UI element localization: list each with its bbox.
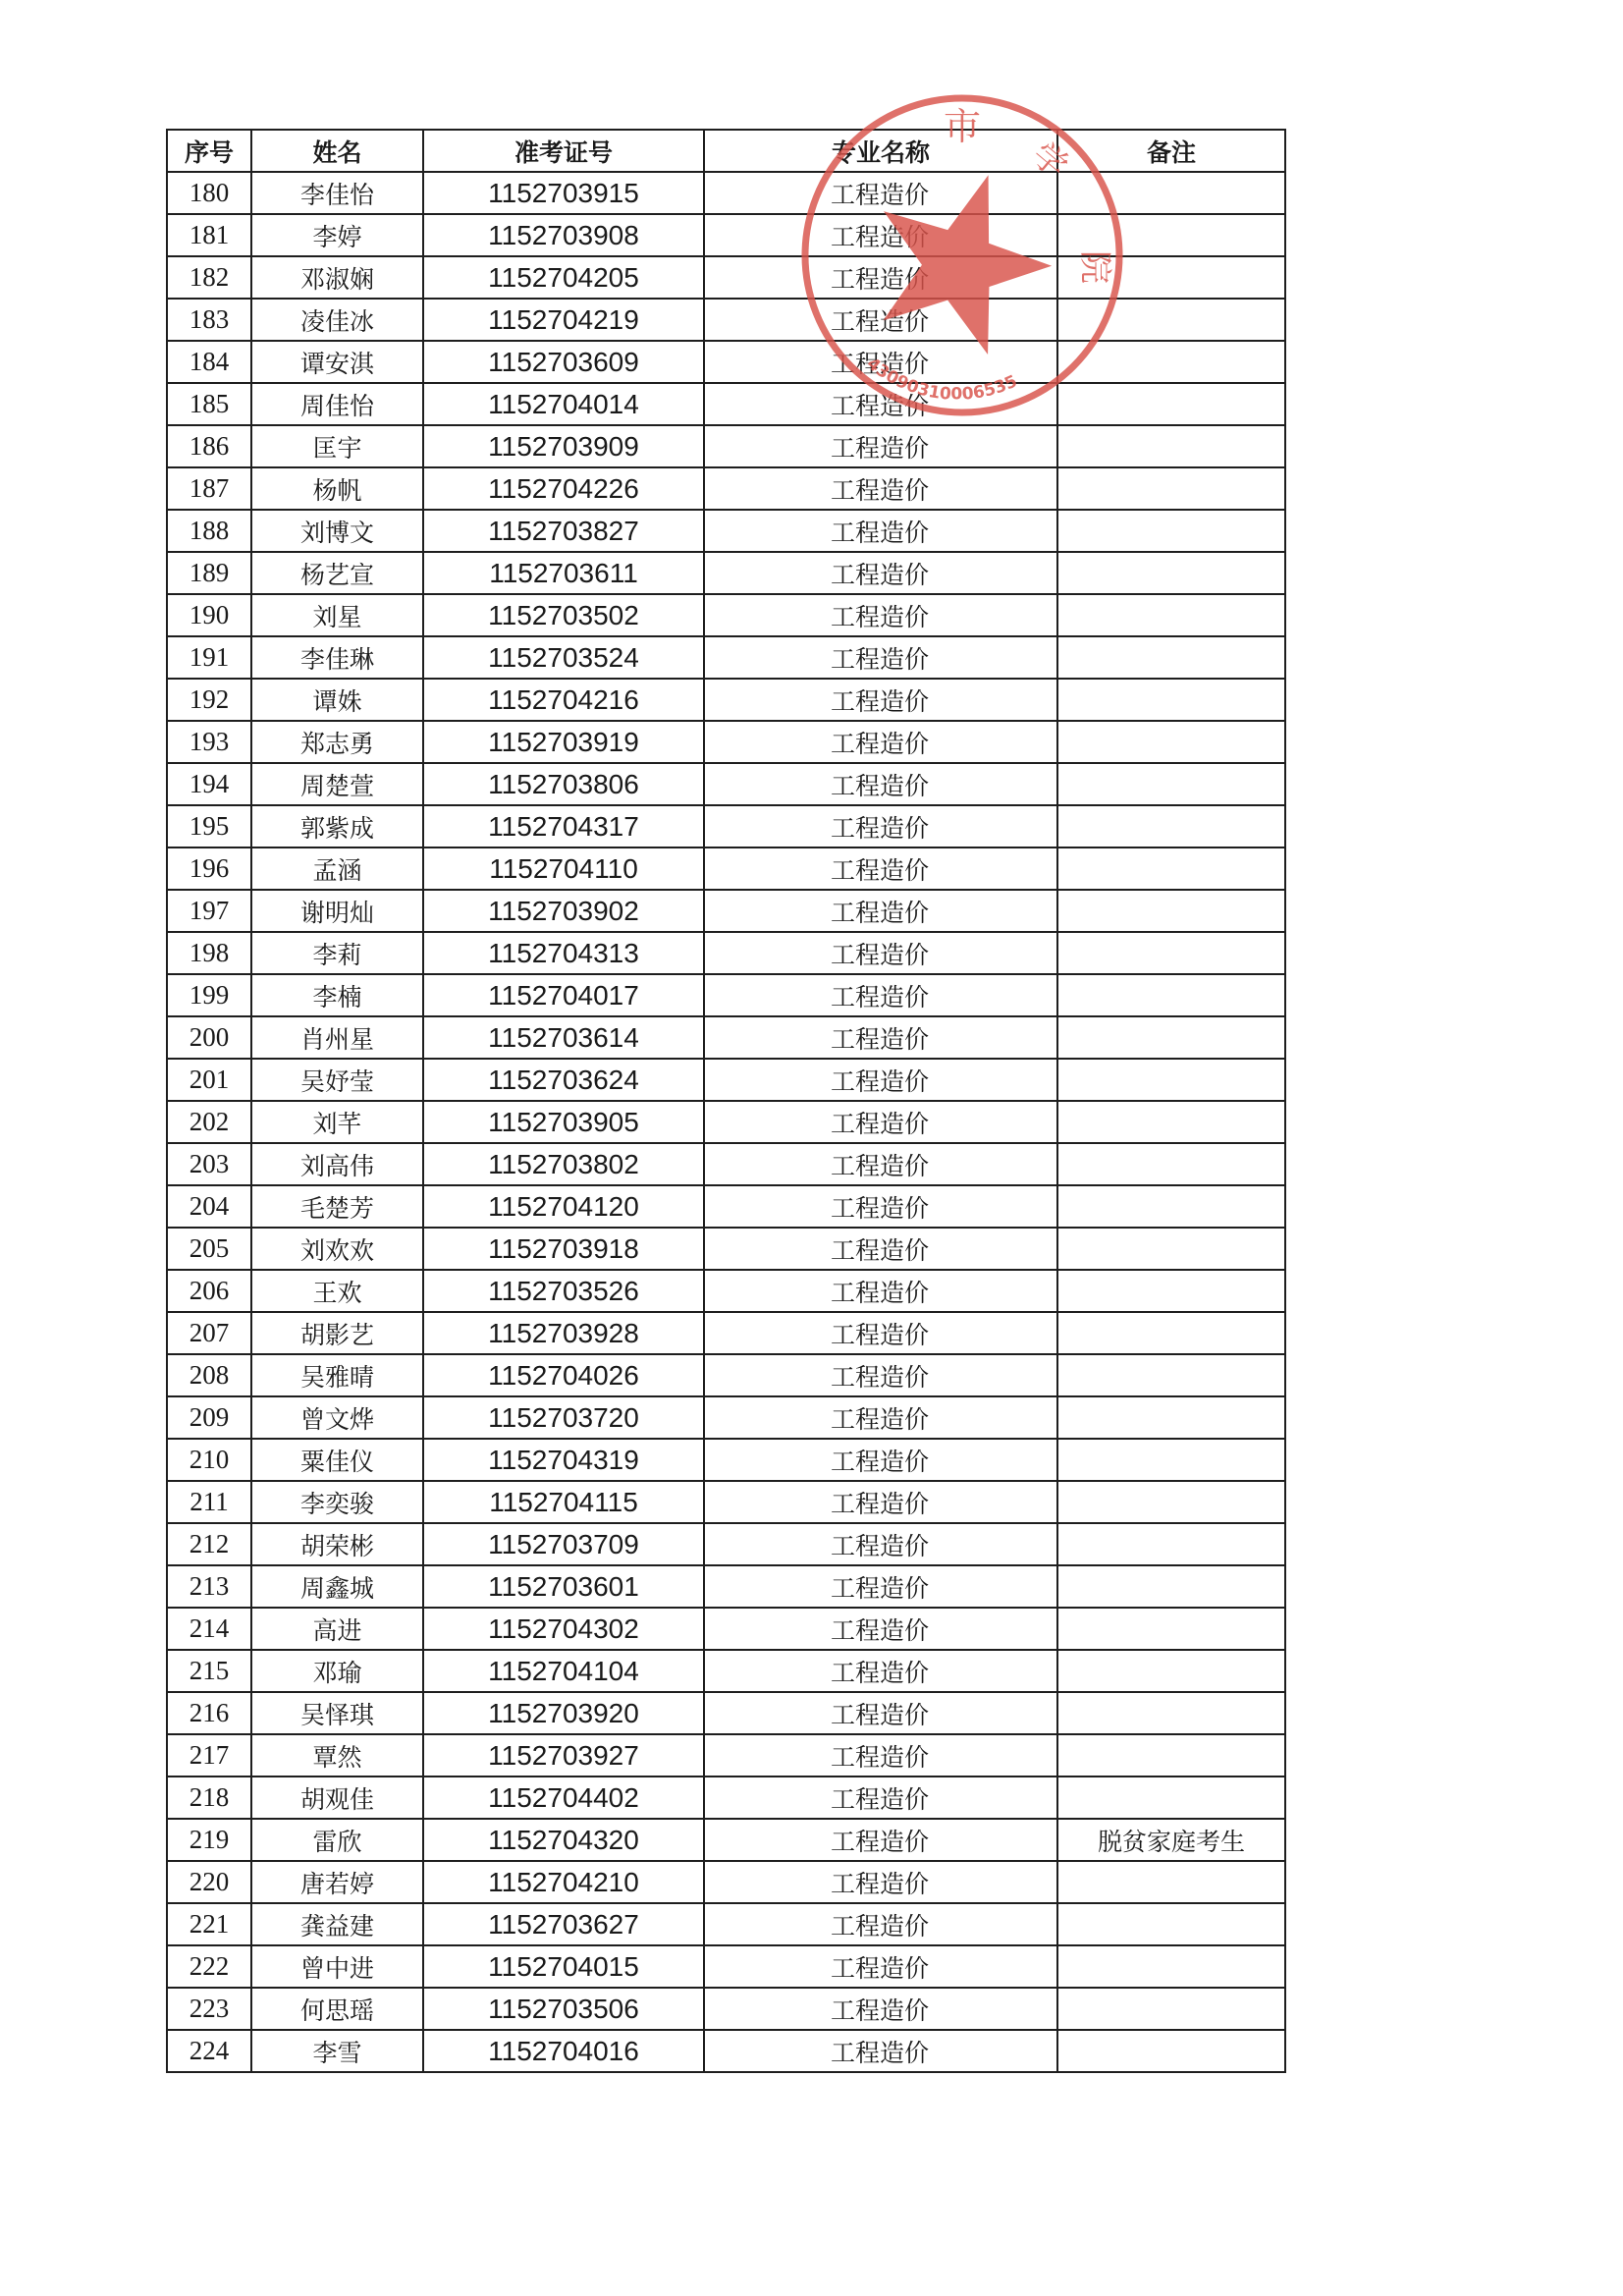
table-row: 181李婷1152703908工程造价 — [167, 214, 1285, 256]
serial-number-cell: 182 — [167, 256, 251, 299]
major-cell: 工程造价 — [704, 1228, 1057, 1270]
table-row: 207胡影艺1152703928工程造价 — [167, 1312, 1285, 1354]
exam-id-cell: 1152703909 — [423, 425, 704, 467]
serial-number-cell: 219 — [167, 1819, 251, 1861]
major-cell: 工程造价 — [704, 1059, 1057, 1101]
remarks-cell — [1057, 679, 1285, 721]
name-cell: 邓瑜 — [251, 1650, 423, 1692]
serial-number-cell: 197 — [167, 890, 251, 932]
header-name: 姓名 — [251, 130, 423, 172]
major-cell: 工程造价 — [704, 636, 1057, 679]
remarks-cell — [1057, 1059, 1285, 1101]
exam-id-cell: 1152703918 — [423, 1228, 704, 1270]
exam-id-cell: 1152704219 — [423, 299, 704, 341]
major-cell: 工程造价 — [704, 679, 1057, 721]
serial-number-cell: 187 — [167, 467, 251, 510]
remarks-cell — [1057, 425, 1285, 467]
remarks-cell — [1057, 299, 1285, 341]
serial-number-cell: 200 — [167, 1016, 251, 1059]
exam-id-cell: 1152703927 — [423, 1734, 704, 1777]
major-cell: 工程造价 — [704, 1903, 1057, 1945]
name-cell: 李奕骏 — [251, 1481, 423, 1523]
serial-number-cell: 213 — [167, 1565, 251, 1608]
remarks-cell — [1057, 847, 1285, 890]
table-row: 187杨帆1152704226工程造价 — [167, 467, 1285, 510]
major-cell: 工程造价 — [704, 847, 1057, 890]
major-cell: 工程造价 — [704, 1692, 1057, 1734]
serial-number-cell: 224 — [167, 2030, 251, 2072]
remarks-cell — [1057, 1692, 1285, 1734]
name-cell: 谢明灿 — [251, 890, 423, 932]
exam-id-cell: 1152704313 — [423, 932, 704, 974]
major-cell: 工程造价 — [704, 763, 1057, 805]
major-cell: 工程造价 — [704, 1016, 1057, 1059]
major-cell: 工程造价 — [704, 1988, 1057, 2030]
major-cell: 工程造价 — [704, 510, 1057, 552]
remarks-cell — [1057, 214, 1285, 256]
table-row: 183凌佳冰1152704219工程造价 — [167, 299, 1285, 341]
remarks-cell — [1057, 1945, 1285, 1988]
remarks-cell — [1057, 1650, 1285, 1692]
name-cell: 周楚萱 — [251, 763, 423, 805]
exam-id-cell: 1152704216 — [423, 679, 704, 721]
remarks-cell — [1057, 1565, 1285, 1608]
exam-id-cell: 1152703502 — [423, 594, 704, 636]
major-cell: 工程造价 — [704, 1734, 1057, 1777]
exam-id-cell: 1152704210 — [423, 1861, 704, 1903]
table-row: 204毛楚芳1152704120工程造价 — [167, 1185, 1285, 1228]
table-row: 197谢明灿1152703902工程造价 — [167, 890, 1285, 932]
remarks-cell — [1057, 1903, 1285, 1945]
serial-number-cell: 198 — [167, 932, 251, 974]
serial-number-cell: 215 — [167, 1650, 251, 1692]
remarks-cell — [1057, 1143, 1285, 1185]
exam-id-cell: 1152704015 — [423, 1945, 704, 1988]
major-cell: 工程造价 — [704, 256, 1057, 299]
major-cell: 工程造价 — [704, 890, 1057, 932]
exam-id-cell: 1152703601 — [423, 1565, 704, 1608]
major-cell: 工程造价 — [704, 1650, 1057, 1692]
exam-id-cell: 1152703627 — [423, 1903, 704, 1945]
table-header-row: 序号 姓名 准考证号 专业名称 备注 — [167, 130, 1285, 172]
name-cell: 肖州星 — [251, 1016, 423, 1059]
remarks-cell — [1057, 1101, 1285, 1143]
serial-number-cell: 210 — [167, 1439, 251, 1481]
name-cell: 何思瑶 — [251, 1988, 423, 2030]
major-cell: 工程造价 — [704, 1608, 1057, 1650]
name-cell: 李佳琳 — [251, 636, 423, 679]
serial-number-cell: 218 — [167, 1777, 251, 1819]
table-row: 210粟佳仪1152704319工程造价 — [167, 1439, 1285, 1481]
remarks-cell — [1057, 1270, 1285, 1312]
table-row: 198李莉1152704313工程造价 — [167, 932, 1285, 974]
name-cell: 谭姝 — [251, 679, 423, 721]
serial-number-cell: 208 — [167, 1354, 251, 1396]
remarks-cell — [1057, 510, 1285, 552]
major-cell: 工程造价 — [704, 721, 1057, 763]
exam-id-cell: 1152704104 — [423, 1650, 704, 1692]
name-cell: 李佳怡 — [251, 172, 423, 214]
table-row: 223何思瑶1152703506工程造价 — [167, 1988, 1285, 2030]
table-body: 180李佳怡1152703915工程造价181李婷1152703908工程造价1… — [167, 172, 1285, 2072]
exam-id-cell: 1152703611 — [423, 552, 704, 594]
name-cell: 李雪 — [251, 2030, 423, 2072]
remarks-cell — [1057, 721, 1285, 763]
serial-number-cell: 193 — [167, 721, 251, 763]
exam-id-cell: 1152703526 — [423, 1270, 704, 1312]
table-row: 211李奕骏1152704115工程造价 — [167, 1481, 1285, 1523]
name-cell: 杨艺宣 — [251, 552, 423, 594]
exam-id-cell: 1152704017 — [423, 974, 704, 1016]
serial-number-cell: 190 — [167, 594, 251, 636]
remarks-cell — [1057, 467, 1285, 510]
serial-number-cell: 207 — [167, 1312, 251, 1354]
remarks-cell — [1057, 383, 1285, 425]
name-cell: 李婷 — [251, 214, 423, 256]
exam-id-cell: 1152703827 — [423, 510, 704, 552]
table-row: 213周鑫城1152703601工程造价 — [167, 1565, 1285, 1608]
name-cell: 刘芊 — [251, 1101, 423, 1143]
serial-number-cell: 217 — [167, 1734, 251, 1777]
name-cell: 刘星 — [251, 594, 423, 636]
serial-number-cell: 202 — [167, 1101, 251, 1143]
major-cell: 工程造价 — [704, 1777, 1057, 1819]
remarks-cell — [1057, 2030, 1285, 2072]
serial-number-cell: 181 — [167, 214, 251, 256]
name-cell: 唐若婷 — [251, 1861, 423, 1903]
major-cell: 工程造价 — [704, 1819, 1057, 1861]
serial-number-cell: 220 — [167, 1861, 251, 1903]
major-cell: 工程造价 — [704, 1439, 1057, 1481]
table-row: 221龚益建1152703627工程造价 — [167, 1903, 1285, 1945]
exam-id-cell: 1152704226 — [423, 467, 704, 510]
table-row: 209曾文烨1152703720工程造价 — [167, 1396, 1285, 1439]
exam-id-cell: 1152703915 — [423, 172, 704, 214]
serial-number-cell: 185 — [167, 383, 251, 425]
exam-id-cell: 1152704402 — [423, 1777, 704, 1819]
exam-id-cell: 1152703919 — [423, 721, 704, 763]
table-row: 189杨艺宣1152703611工程造价 — [167, 552, 1285, 594]
remarks-cell — [1057, 1523, 1285, 1565]
table-row: 216吴怿琪1152703920工程造价 — [167, 1692, 1285, 1734]
name-cell: 周佳怡 — [251, 383, 423, 425]
exam-id-cell: 1152704319 — [423, 1439, 704, 1481]
table-row: 206王欢1152703526工程造价 — [167, 1270, 1285, 1312]
table-row: 192谭姝1152704216工程造价 — [167, 679, 1285, 721]
remarks-cell — [1057, 1861, 1285, 1903]
exam-id-cell: 1152704110 — [423, 847, 704, 890]
name-cell: 雷欣 — [251, 1819, 423, 1861]
remarks-cell — [1057, 552, 1285, 594]
major-cell: 工程造价 — [704, 172, 1057, 214]
remarks-cell — [1057, 256, 1285, 299]
exam-id-cell: 1152703902 — [423, 890, 704, 932]
remarks-cell — [1057, 1228, 1285, 1270]
remarks-cell — [1057, 172, 1285, 214]
major-cell: 工程造价 — [704, 1481, 1057, 1523]
exam-id-cell: 1152704115 — [423, 1481, 704, 1523]
major-cell: 工程造价 — [704, 1396, 1057, 1439]
name-cell: 凌佳冰 — [251, 299, 423, 341]
table-row: 180李佳怡1152703915工程造价 — [167, 172, 1285, 214]
table-row: 212胡荣彬1152703709工程造价 — [167, 1523, 1285, 1565]
major-cell: 工程造价 — [704, 1523, 1057, 1565]
remarks-cell — [1057, 890, 1285, 932]
table-row: 214高进1152704302工程造价 — [167, 1608, 1285, 1650]
exam-id-cell: 1152703720 — [423, 1396, 704, 1439]
name-cell: 谭安淇 — [251, 341, 423, 383]
name-cell: 曾中进 — [251, 1945, 423, 1988]
exam-id-cell: 1152703609 — [423, 341, 704, 383]
table-row: 199李楠1152704017工程造价 — [167, 974, 1285, 1016]
serial-number-cell: 203 — [167, 1143, 251, 1185]
major-cell: 工程造价 — [704, 1945, 1057, 1988]
remarks-cell — [1057, 1988, 1285, 2030]
table-row: 217覃然1152703927工程造价 — [167, 1734, 1285, 1777]
serial-number-cell: 195 — [167, 805, 251, 847]
header-serial-number: 序号 — [167, 130, 251, 172]
table-row: 201吴妤莹1152703624工程造价 — [167, 1059, 1285, 1101]
remarks-cell — [1057, 636, 1285, 679]
remarks-cell — [1057, 1016, 1285, 1059]
exam-id-cell: 1152704317 — [423, 805, 704, 847]
exam-id-cell: 1152703806 — [423, 763, 704, 805]
major-cell: 工程造价 — [704, 467, 1057, 510]
serial-number-cell: 221 — [167, 1903, 251, 1945]
table-row: 208吴雅晴1152704026工程造价 — [167, 1354, 1285, 1396]
exam-id-cell: 1152703524 — [423, 636, 704, 679]
table-row: 205刘欢欢1152703918工程造价 — [167, 1228, 1285, 1270]
table-row: 196孟涵1152704110工程造价 — [167, 847, 1285, 890]
serial-number-cell: 201 — [167, 1059, 251, 1101]
serial-number-cell: 183 — [167, 299, 251, 341]
serial-number-cell: 211 — [167, 1481, 251, 1523]
name-cell: 李楠 — [251, 974, 423, 1016]
name-cell: 郑志勇 — [251, 721, 423, 763]
table-row: 220唐若婷1152704210工程造价 — [167, 1861, 1285, 1903]
exam-id-cell: 1152703928 — [423, 1312, 704, 1354]
remarks-cell — [1057, 1312, 1285, 1354]
serial-number-cell: 212 — [167, 1523, 251, 1565]
name-cell: 吴怿琪 — [251, 1692, 423, 1734]
exam-id-cell: 1152703920 — [423, 1692, 704, 1734]
remarks-cell — [1057, 341, 1285, 383]
major-cell: 工程造价 — [704, 1270, 1057, 1312]
table-row: 186匡宇1152703909工程造价 — [167, 425, 1285, 467]
table-row: 185周佳怡1152704014工程造价 — [167, 383, 1285, 425]
major-cell: 工程造价 — [704, 1143, 1057, 1185]
remarks-cell — [1057, 763, 1285, 805]
name-cell: 王欢 — [251, 1270, 423, 1312]
name-cell: 刘博文 — [251, 510, 423, 552]
exam-id-cell: 1152704205 — [423, 256, 704, 299]
exam-id-cell: 1152703709 — [423, 1523, 704, 1565]
header-remarks: 备注 — [1057, 130, 1285, 172]
remarks-cell — [1057, 805, 1285, 847]
header-major: 专业名称 — [704, 130, 1057, 172]
name-cell: 匡宇 — [251, 425, 423, 467]
remarks-cell — [1057, 1734, 1285, 1777]
exam-id-cell: 1152703624 — [423, 1059, 704, 1101]
table-row: 224李雪1152704016工程造价 — [167, 2030, 1285, 2072]
exam-id-cell: 1152704302 — [423, 1608, 704, 1650]
major-cell: 工程造价 — [704, 1101, 1057, 1143]
major-cell: 工程造价 — [704, 805, 1057, 847]
remarks-cell — [1057, 974, 1285, 1016]
major-cell: 工程造价 — [704, 1565, 1057, 1608]
serial-number-cell: 206 — [167, 1270, 251, 1312]
serial-number-cell: 184 — [167, 341, 251, 383]
table-row: 200肖州星1152703614工程造价 — [167, 1016, 1285, 1059]
exam-id-cell: 1152703905 — [423, 1101, 704, 1143]
serial-number-cell: 188 — [167, 510, 251, 552]
serial-number-cell: 189 — [167, 552, 251, 594]
remarks-cell — [1057, 932, 1285, 974]
name-cell: 胡影艺 — [251, 1312, 423, 1354]
serial-number-cell: 191 — [167, 636, 251, 679]
table-row: 215邓瑜1152704104工程造价 — [167, 1650, 1285, 1692]
major-cell: 工程造价 — [704, 1185, 1057, 1228]
exam-id-cell: 1152703614 — [423, 1016, 704, 1059]
name-cell: 胡观佳 — [251, 1777, 423, 1819]
header-exam-id: 准考证号 — [423, 130, 704, 172]
remarks-cell — [1057, 1439, 1285, 1481]
table-row: 218胡观佳1152704402工程造价 — [167, 1777, 1285, 1819]
name-cell: 李莉 — [251, 932, 423, 974]
name-cell: 郭紫成 — [251, 805, 423, 847]
table-row: 219雷欣1152704320工程造价脱贫家庭考生 — [167, 1819, 1285, 1861]
name-cell: 吴雅晴 — [251, 1354, 423, 1396]
remarks-cell — [1057, 1396, 1285, 1439]
major-cell: 工程造价 — [704, 1312, 1057, 1354]
name-cell: 刘高伟 — [251, 1143, 423, 1185]
table-row: 193郑志勇1152703919工程造价 — [167, 721, 1285, 763]
name-cell: 龚益建 — [251, 1903, 423, 1945]
exam-id-cell: 1152704016 — [423, 2030, 704, 2072]
remarks-cell — [1057, 1777, 1285, 1819]
name-cell: 杨帆 — [251, 467, 423, 510]
exam-id-cell: 1152703506 — [423, 1988, 704, 2030]
remarks-cell — [1057, 1481, 1285, 1523]
name-cell: 高进 — [251, 1608, 423, 1650]
major-cell: 工程造价 — [704, 932, 1057, 974]
exam-id-cell: 1152703802 — [423, 1143, 704, 1185]
table-row: 191李佳琳1152703524工程造价 — [167, 636, 1285, 679]
exam-id-cell: 1152704014 — [423, 383, 704, 425]
major-cell: 工程造价 — [704, 383, 1057, 425]
remarks-cell — [1057, 1354, 1285, 1396]
name-cell: 粟佳仪 — [251, 1439, 423, 1481]
major-cell: 工程造价 — [704, 2030, 1057, 2072]
table-row: 222曾中进1152704015工程造价 — [167, 1945, 1285, 1988]
name-cell: 胡荣彬 — [251, 1523, 423, 1565]
table-row: 182邓淑娴1152704205工程造价 — [167, 256, 1285, 299]
serial-number-cell: 222 — [167, 1945, 251, 1988]
remarks-cell: 脱贫家庭考生 — [1057, 1819, 1285, 1861]
serial-number-cell: 186 — [167, 425, 251, 467]
serial-number-cell: 214 — [167, 1608, 251, 1650]
serial-number-cell: 192 — [167, 679, 251, 721]
name-cell: 周鑫城 — [251, 1565, 423, 1608]
name-cell: 吴妤莹 — [251, 1059, 423, 1101]
major-cell: 工程造价 — [704, 425, 1057, 467]
remarks-cell — [1057, 1608, 1285, 1650]
major-cell: 工程造价 — [704, 341, 1057, 383]
major-cell: 工程造价 — [704, 299, 1057, 341]
serial-number-cell: 204 — [167, 1185, 251, 1228]
major-cell: 工程造价 — [704, 1354, 1057, 1396]
admission-list-table: 序号 姓名 准考证号 专业名称 备注 180李佳怡1152703915工程造价1… — [166, 129, 1286, 2073]
name-cell: 毛楚芳 — [251, 1185, 423, 1228]
major-cell: 工程造价 — [704, 974, 1057, 1016]
exam-id-cell: 1152704026 — [423, 1354, 704, 1396]
table-row: 195郭紫成1152704317工程造价 — [167, 805, 1285, 847]
table-row: 190刘星1152703502工程造价 — [167, 594, 1285, 636]
exam-id-cell: 1152704320 — [423, 1819, 704, 1861]
major-cell: 工程造价 — [704, 1861, 1057, 1903]
table-row: 188刘博文1152703827工程造价 — [167, 510, 1285, 552]
serial-number-cell: 199 — [167, 974, 251, 1016]
table-row: 184谭安淇1152703609工程造价 — [167, 341, 1285, 383]
serial-number-cell: 216 — [167, 1692, 251, 1734]
exam-id-cell: 1152704120 — [423, 1185, 704, 1228]
serial-number-cell: 180 — [167, 172, 251, 214]
name-cell: 邓淑娴 — [251, 256, 423, 299]
table-row: 194周楚萱1152703806工程造价 — [167, 763, 1285, 805]
remarks-cell — [1057, 594, 1285, 636]
serial-number-cell: 223 — [167, 1988, 251, 2030]
name-cell: 刘欢欢 — [251, 1228, 423, 1270]
serial-number-cell: 194 — [167, 763, 251, 805]
table-row: 202刘芊1152703905工程造价 — [167, 1101, 1285, 1143]
serial-number-cell: 209 — [167, 1396, 251, 1439]
major-cell: 工程造价 — [704, 214, 1057, 256]
table-row: 203刘高伟1152703802工程造价 — [167, 1143, 1285, 1185]
exam-id-cell: 1152703908 — [423, 214, 704, 256]
remarks-cell — [1057, 1185, 1285, 1228]
serial-number-cell: 205 — [167, 1228, 251, 1270]
serial-number-cell: 196 — [167, 847, 251, 890]
major-cell: 工程造价 — [704, 594, 1057, 636]
name-cell: 覃然 — [251, 1734, 423, 1777]
major-cell: 工程造价 — [704, 552, 1057, 594]
name-cell: 曾文烨 — [251, 1396, 423, 1439]
name-cell: 孟涵 — [251, 847, 423, 890]
